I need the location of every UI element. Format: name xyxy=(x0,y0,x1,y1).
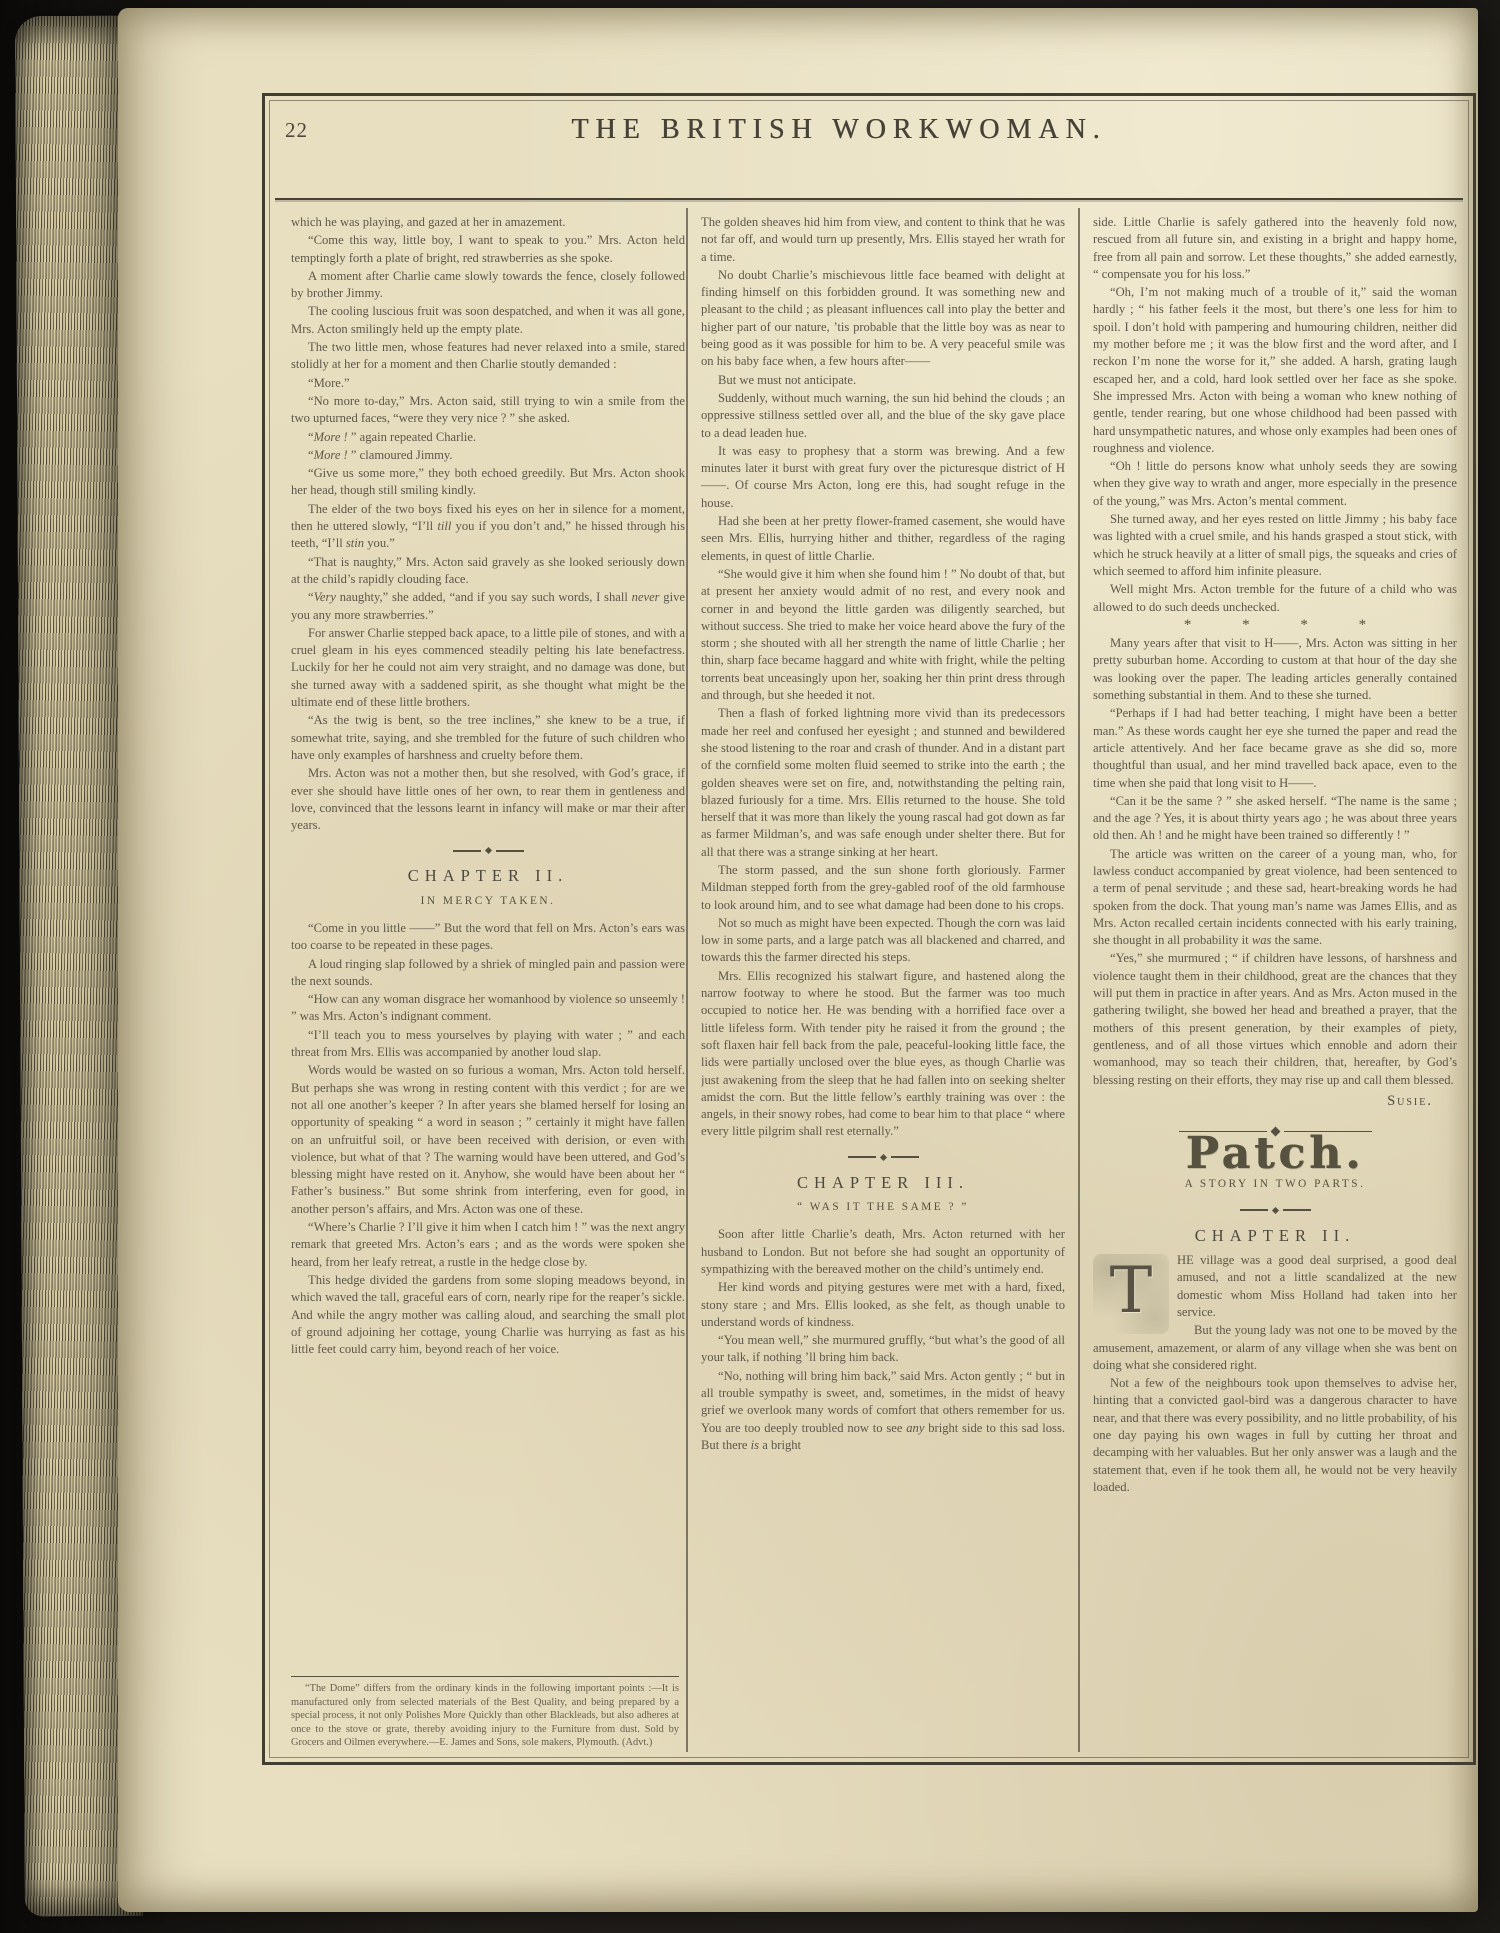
body-paragraph: “Oh, I’m not making much of a trouble of… xyxy=(1093,284,1457,457)
asterisk-icon: * xyxy=(1184,617,1192,634)
text-column-3: side. Little Charlie is safely gathered … xyxy=(1093,214,1457,1752)
body-paragraph: The elder of the two boys fixed his eyes… xyxy=(291,501,685,553)
body-paragraph: Mrs. Ellis recognized his stalwart figur… xyxy=(701,968,1065,1141)
divider-diamond-icon xyxy=(1271,1207,1278,1214)
body-paragraph: “More ! ” clamoured Jimmy. xyxy=(291,447,685,464)
body-paragraph: This hedge divided the gardens from some… xyxy=(291,1272,685,1358)
chapter-subtitle: IN MERCY TAKEN. xyxy=(291,893,685,910)
chapter-heading: CHAPTER II. xyxy=(1093,1227,1457,1244)
body-paragraph: Her kind words and pitying gestures were… xyxy=(701,1279,1065,1331)
body-paragraph: “No more to-day,” Mrs. Acton said, still… xyxy=(291,393,685,428)
body-paragraph: “Come in you little ——” But the word tha… xyxy=(291,920,685,955)
ornament-divider-icon xyxy=(1093,1128,1457,1135)
body-paragraph: “Very naughty,” she added, “and if you s… xyxy=(291,589,685,624)
body-paragraph: “Perhaps if I had had better teaching, I… xyxy=(1093,705,1457,791)
body-paragraph: “Come this way, little boy, I want to sp… xyxy=(291,232,685,267)
body-paragraph: “Where’s Charlie ? I’ll give it him when… xyxy=(291,1219,685,1271)
body-paragraph: The cooling luscious fruit was soon desp… xyxy=(291,303,685,338)
author-signature: Susie. xyxy=(1093,1093,1457,1110)
body-paragraph: Many years after that visit to H——, Mrs.… xyxy=(1093,635,1457,704)
body-paragraph: For answer Charlie stepped back apace, t… xyxy=(291,625,685,711)
chapter-heading: CHAPTER II. xyxy=(291,867,685,884)
masthead: 22 THE BRITISH WORKWOMAN. xyxy=(265,104,1473,156)
section-divider-icon xyxy=(291,848,685,853)
body-paragraph: “Yes,” she murmured ; “ if children have… xyxy=(1093,950,1457,1088)
asterisk-icon: * xyxy=(1300,617,1308,634)
body-paragraph: Soon after little Charlie’s death, Mrs. … xyxy=(701,1226,1065,1278)
scanned-page: 22 THE BRITISH WORKWOMAN. which he was p… xyxy=(118,8,1478,1912)
body-paragraph: “How can any woman disgrace her womanhoo… xyxy=(291,991,685,1026)
body-paragraph: It was easy to prophesy that a storm was… xyxy=(701,443,1065,512)
dropcap-paragraph: THE village was a good deal surprised, a… xyxy=(1093,1252,1457,1321)
text-column-1: which he was playing, and gazed at her i… xyxy=(291,214,685,1752)
advert-footnote: “The Dome” differs from the ordinary kin… xyxy=(291,1676,679,1750)
divider-line xyxy=(453,850,481,852)
body-paragraph: Mrs. Acton was not a mother then, but sh… xyxy=(291,765,685,834)
divider-line xyxy=(496,850,524,852)
body-paragraph: A moment after Charlie came slowly towar… xyxy=(291,268,685,303)
divider-line xyxy=(848,1156,876,1158)
body-paragraph: Not a few of the neighbours took upon th… xyxy=(1093,1375,1457,1496)
body-paragraph: She turned away, and her eyes rested on … xyxy=(1093,511,1457,580)
asterisk-divider: **** xyxy=(1133,617,1417,634)
body-paragraph: “That is naughty,” Mrs. Acton said grave… xyxy=(291,554,685,589)
body-paragraph: “More ! ” again repeated Charlie. xyxy=(291,429,685,446)
body-paragraph: Words would be wasted on so furious a wo… xyxy=(291,1062,685,1218)
body-paragraph: The golden sheaves hid him from view, an… xyxy=(701,214,1065,266)
body-paragraph: “More.” xyxy=(291,375,685,392)
asterisk-icon: * xyxy=(1242,617,1250,634)
body-paragraph: which he was playing, and gazed at her i… xyxy=(291,214,685,231)
text-column-2: The golden sheaves hid him from view, an… xyxy=(701,214,1065,1752)
section-divider-icon xyxy=(1093,1208,1457,1213)
divider-line xyxy=(1283,1209,1311,1211)
body-paragraph: side. Little Charlie is safely gathered … xyxy=(1093,214,1457,283)
scan-backdrop: { "page": { "number": "22", "title": "TH… xyxy=(0,0,1500,1933)
chapter-heading: CHAPTER III. xyxy=(701,1174,1065,1191)
body-paragraph: Then a flash of forked lightning more vi… xyxy=(701,705,1065,861)
asterisk-icon: * xyxy=(1359,617,1367,634)
section-divider-icon xyxy=(701,1155,1065,1160)
chapter-subtitle: “ WAS IT THE SAME ? ” xyxy=(701,1199,1065,1216)
body-paragraph: “You mean well,” she murmured gruffly, “… xyxy=(701,1332,1065,1367)
divider-line xyxy=(891,1156,919,1158)
body-paragraph: “Give us some more,” they both echoed gr… xyxy=(291,465,685,500)
body-paragraph: “She would give it him when she found hi… xyxy=(701,566,1065,704)
body-paragraph: Not so much as might have been expected.… xyxy=(701,915,1065,967)
body-paragraph: The two little men, whose features had n… xyxy=(291,339,685,374)
body-paragraph: The storm passed, and the sun shone fort… xyxy=(701,862,1065,914)
page-border-frame: 22 THE BRITISH WORKWOMAN. which he was p… xyxy=(262,93,1476,1765)
body-paragraph: Had she been at her pretty flower-framed… xyxy=(701,513,1065,565)
body-paragraph: Well might Mrs. Acton tremble for the fu… xyxy=(1093,581,1457,616)
masthead-rule xyxy=(275,198,1463,200)
drop-cap-initial: T xyxy=(1093,1254,1169,1334)
body-paragraph: “I’ll teach you to mess yourselves by pl… xyxy=(291,1027,685,1062)
body-paragraph: “As the twig is bent, so the tree inclin… xyxy=(291,712,685,764)
body-paragraph: But we must not anticipate. xyxy=(701,372,1065,389)
body-paragraph: A loud ringing slap followed by a shriek… xyxy=(291,956,685,991)
divider-diamond-icon xyxy=(879,1154,886,1161)
body-paragraph: “No, nothing will bring him back,” said … xyxy=(701,1368,1065,1454)
story-title: Patch. xyxy=(1093,1145,1457,1162)
body-paragraph: Suddenly, without much warning, the sun … xyxy=(701,390,1065,442)
body-paragraph: No doubt Charlie’s mischievous little fa… xyxy=(701,267,1065,371)
column-rule xyxy=(1078,208,1080,1752)
chapter-subtitle: A STORY IN TWO PARTS. xyxy=(1093,1176,1457,1193)
publication-title: THE BRITISH WORKWOMAN. xyxy=(325,114,1353,146)
divider-diamond-icon xyxy=(484,847,491,854)
page-number: 22 xyxy=(285,118,308,143)
column-rule xyxy=(686,208,688,1752)
body-paragraph: “Oh ! little do persons know what unholy… xyxy=(1093,458,1457,510)
body-paragraph: “Can it be the same ? ” she asked hersel… xyxy=(1093,793,1457,845)
divider-line xyxy=(1240,1209,1268,1211)
body-paragraph: The article was written on the career of… xyxy=(1093,846,1457,950)
